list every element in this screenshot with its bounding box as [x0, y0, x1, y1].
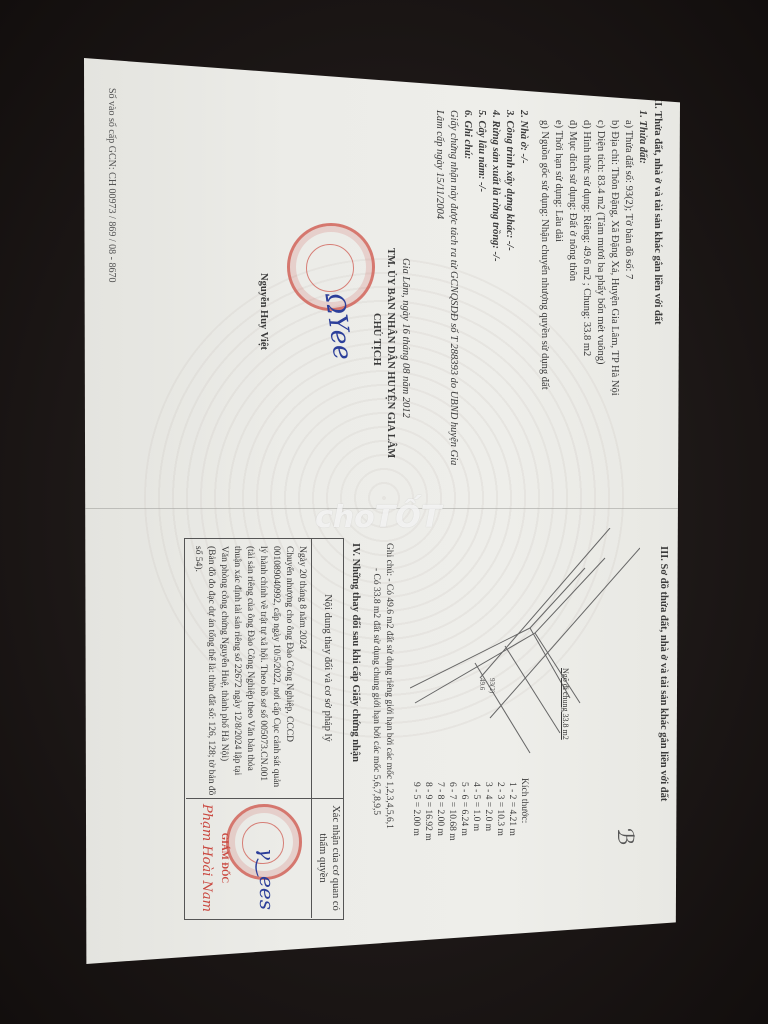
dimension-row: 5 - 6 = 6.24 m	[457, 782, 470, 836]
parcel-area: 49.6	[478, 678, 486, 691]
land-line: d) Hình thức sử dụng: Riêng: 49.6 m2 ; C…	[579, 120, 593, 356]
dimension-row: 3 - 4 = 2.0 m	[481, 782, 494, 831]
confirm-title: GIÁM ĐỐC	[217, 803, 230, 913]
common-path-label: Ngõ đi chung 33.8 m2	[559, 668, 570, 740]
dimension-row: 6 - 7 = 10.68 m	[445, 782, 458, 841]
land-line: đ) Mục đích sử dụng: Đất ở nông thôn	[565, 120, 579, 281]
dimension-row: 8 - 9 = 16.92 m	[421, 782, 434, 841]
parcel-label: 93(2)	[488, 678, 496, 694]
dimension-row: 9 - 5 = 2.00 m	[409, 782, 422, 836]
land-line: c) Diện tích: 83.4 m2 (Tám mươi ba phẩy …	[593, 120, 607, 365]
change-line: (tài sản riêng của ông Đào Công Nghiệp t…	[243, 546, 256, 771]
table-header-confirm: Xác nhận của cơ quan có thẩm quyền	[316, 803, 341, 913]
item-line: 3. Công trình xây dựng khác: -/-	[502, 110, 516, 251]
sign-role: CHỦ TỊCH	[369, 313, 383, 366]
item-line: 5. Cây lâu năm: -/-	[474, 110, 488, 192]
confirm-name: Phạm Hoài Nam	[197, 803, 215, 913]
table-divider	[186, 798, 344, 799]
diagram-note: Ghi chú: - Có 49.6 m2 đất sử dụng riêng …	[382, 543, 395, 829]
land-line: b) Địa chỉ: Thôn Đặng, Xã Đặng Xá, Huyện…	[607, 120, 621, 396]
register-number: Số vào sổ cấp GCN: CH 00973 / 869 / 08 -…	[105, 88, 119, 282]
note-line: Lâm cấp ngày 15/11/2004	[432, 110, 446, 219]
sign-date: Gia Lâm, ngày 16 tháng 08 năm 2012	[398, 258, 412, 418]
land-line: g) Nguồn gốc sử dụng: Nhận chuyển nhượng…	[537, 120, 551, 390]
change-line: số 54).	[191, 546, 204, 572]
sign-organization: TM. ỦY BAN NHÂN DÂN HUYỆN GIA LÂM	[383, 248, 397, 458]
section-4-title: IV. Những thay đổi sau khi cấp Giấy chứn…	[348, 543, 362, 762]
change-line: Văn phòng công chứng Nguyễn Huệ, thành p…	[217, 546, 230, 761]
section-2-title: II. Thửa đất, nhà ở và tài sản khác gắn …	[650, 98, 664, 325]
north-arrow-icon: ℬ	[610, 828, 640, 845]
change-line: (Bản đồ đo đạc dự án tổng thể là: thửa đ…	[204, 546, 217, 795]
dimension-row: 1 - 2 = 4.21 m	[505, 782, 518, 836]
table-header-divider	[311, 538, 312, 918]
change-line: lý hành chính về trật tự xã hội. Theo hồ…	[256, 546, 269, 781]
change-line: thuận xác định tài sản riêng số 22672 ng…	[230, 546, 243, 775]
table-header-content: Nội dung thay đổi và cơ sở pháp lý	[320, 548, 334, 788]
dimension-row: 7 - 8 = 2.00 m	[433, 782, 446, 836]
section-3-title: III. Sơ đồ thửa đất, nhà ở và tài sản kh…	[656, 546, 670, 801]
item-line: 2. Nhà ở: -/-	[516, 110, 530, 163]
dimensions-heading: Kích thước:	[517, 778, 530, 823]
diagram-note: - Có 33.8 m2 đất sử dụng chung giới hạn …	[369, 568, 382, 815]
land-heading: 1. Thửa đất:	[635, 110, 649, 164]
change-line: Chuyển nhượng cho ông Đào Công Nghiệp, C…	[282, 546, 295, 742]
land-line: e) Thời hạn sử dụng: Lâu dài	[551, 120, 565, 242]
land-line: a) Thửa đất số: 93(2); Tờ bản đồ số: 7	[621, 120, 635, 279]
confirm-signature: γ‿ees	[253, 848, 280, 910]
note-line: Giấy chứng nhận này được tách ra từ GCNQ…	[446, 110, 460, 465]
change-line: 001089040992, cấp ngày 10/5/2022, nơi cấ…	[269, 546, 282, 787]
chotot-watermark: choTỐT	[315, 500, 441, 535]
signer-name: Nguyễn Huy Việt	[256, 273, 270, 350]
change-line: Ngày 20 tháng 8 năm 2024	[295, 546, 308, 649]
dimension-row: 4 - 5 = 1.0 m	[469, 782, 482, 831]
dimension-row: 2 - 3 = 10.3 m	[493, 782, 506, 836]
item-line: 6. Ghi chú:	[460, 110, 474, 159]
item-line: 4. Rừng sản xuất là rừng trồng: -/-	[488, 110, 502, 261]
